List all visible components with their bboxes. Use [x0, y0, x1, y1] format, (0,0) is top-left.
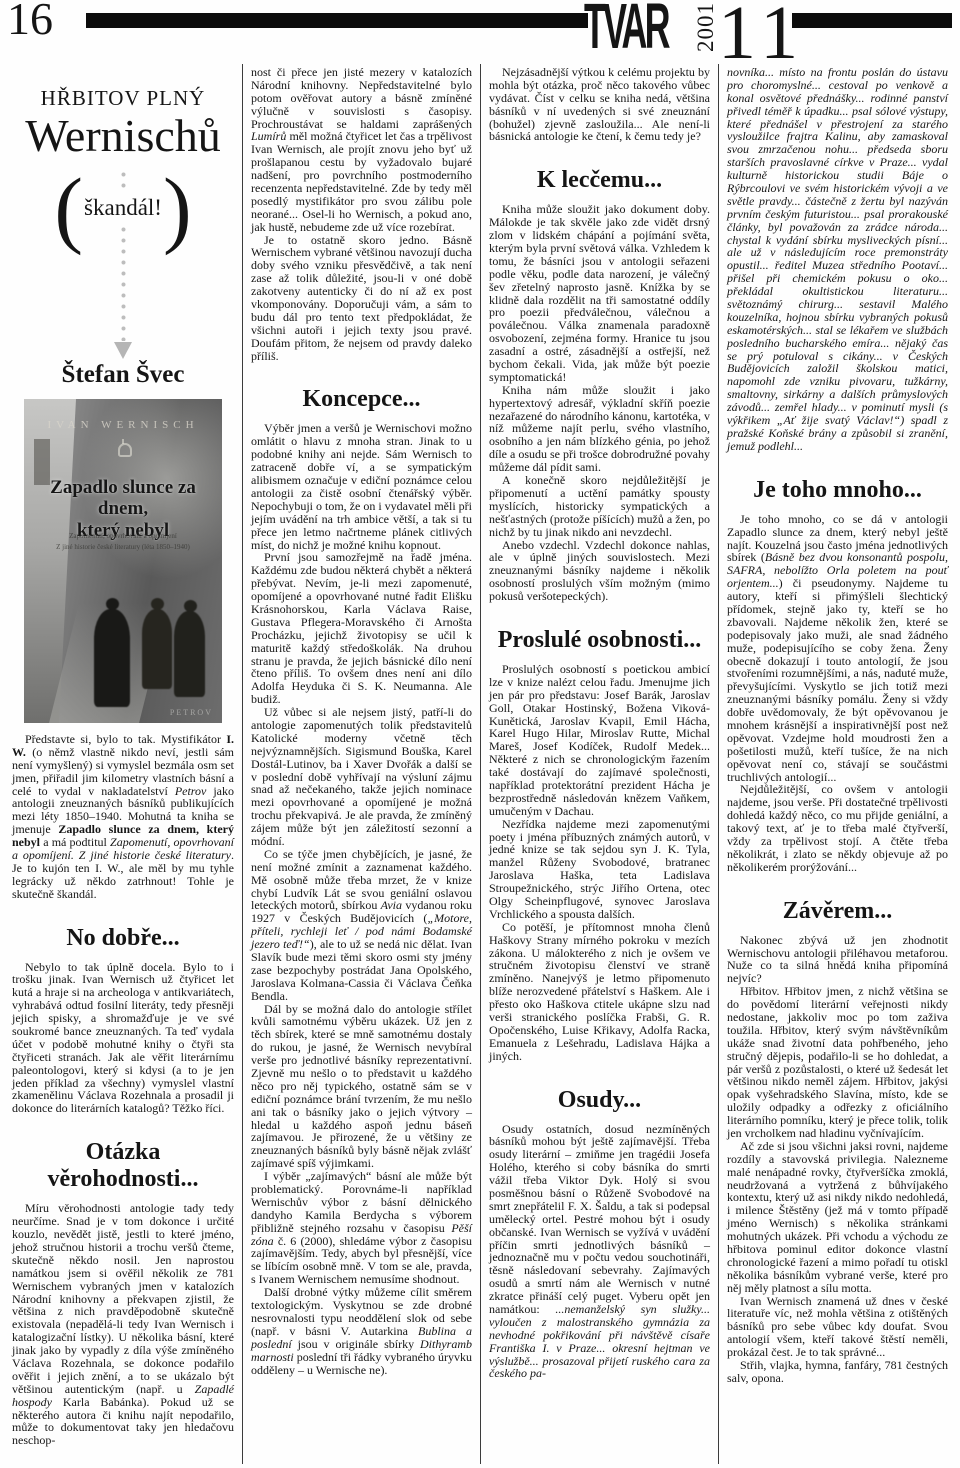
- masthead-rule-left: [86, 13, 588, 28]
- paragraph: Představte si, bylo to tak. Mystifikátor…: [12, 733, 234, 901]
- issue-number: 11: [718, 0, 805, 77]
- paragraph: Nebylo to tak úplně docela. Bylo to i tr…: [12, 961, 234, 1116]
- cover-figure-silhouette: [174, 611, 205, 697]
- paren-close: ): [163, 160, 192, 256]
- paragraph: nost či přece jen jisté mezery v kataloz…: [251, 66, 472, 234]
- section-heading: K lecčemu...: [489, 167, 710, 194]
- paragraph: Kniha nám může sloužit i jako hypertexto…: [489, 384, 710, 474]
- magazine-logo: TVAR: [584, 0, 668, 58]
- cover-figure-silhouette: [94, 609, 130, 707]
- scandal-word: škandál!: [83, 193, 163, 222]
- paragraph: Je toho mnoho, co se dá v antologii Zapa…: [727, 513, 948, 784]
- paragraph: Je to ostatně skoro jedno. Básně Wernisc…: [251, 234, 472, 363]
- column-3: Nejzásadnější výtkou k celému projektu b…: [480, 64, 718, 1464]
- article-title: Wernischů: [12, 113, 234, 159]
- lantern-icon: [118, 443, 132, 457]
- masthead: 16 TVAR 2001 11: [0, 0, 960, 64]
- cover-subtitle: Zapomenutí, opovrhovaní a opomíjení Z ji…: [24, 531, 222, 552]
- paragraph: novníka... místo na frontu poslán do úst…: [727, 66, 948, 453]
- paragraph: Hřbitov. Hřbitov jmen, z nichž většina s…: [727, 985, 948, 1140]
- paragraph: Nezřídka najdeme mezi zapomenutými poety…: [489, 818, 710, 921]
- scandal-graphic: (škandál!): [12, 167, 234, 359]
- arrow-down-icon: [114, 342, 132, 359]
- magazine-page: { "masthead": { "page_number": "16", "lo…: [0, 0, 960, 1468]
- cover-author: IVAN WERNISCH: [24, 419, 222, 431]
- paragraph: Proslulých osobností s poetickou ambicí …: [489, 663, 710, 818]
- paragraph: Ivan Wernisch znamená už dnes v české li…: [727, 1295, 948, 1359]
- column-1: HŘBITOV PLNÝ Wernischů (škandál!) Štefan…: [4, 64, 242, 1464]
- paragraph: Výběr jmen a veršů je Wernischovi možno …: [251, 422, 472, 551]
- cover-publisher: PETROV: [170, 708, 213, 717]
- column-2: nost či přece jen jisté mezery v kataloz…: [242, 64, 480, 1464]
- paragraph: Nejzásadnější výtkou k celému projektu b…: [489, 66, 710, 143]
- paragraph: Ač zde si jsou všichni jaksi rovni, najd…: [727, 1140, 948, 1295]
- section-heading: Závěrem...: [727, 898, 948, 925]
- paragraph: Kniha může sloužit jako dokument doby. M…: [489, 203, 710, 383]
- column-4: novníka... místo na frontu poslán do úst…: [718, 64, 956, 1464]
- paragraph: Další drobné výtky můžeme cílit směrem t…: [251, 1286, 472, 1376]
- paragraph: První jsou samozřejmě na řadě jména. Kaž…: [251, 551, 472, 706]
- paragraph: Střih, vlajka, hymna, fanfáry, 781 čestn…: [727, 1359, 948, 1385]
- cover-figure-silhouette: [142, 609, 172, 689]
- section-heading: Je toho mnoho...: [727, 477, 948, 504]
- paragraph: Už vůbec si ale nejsem jistý, patří-li d…: [251, 706, 472, 848]
- article-kicker: HŘBITOV PLNÝ: [12, 86, 234, 111]
- paragraph: Osudy ostatních, dosud nezmíněných básní…: [489, 1123, 710, 1381]
- page-number: 16: [7, 0, 53, 45]
- article-author: Štefan Švec: [12, 361, 234, 389]
- scandal-label: (škandál!): [12, 195, 234, 221]
- cover-subtitle-line2: Z jiné historie české literatury (léta 1…: [24, 542, 222, 553]
- cover-subtitle-line1: Zapomenutí, opovrhovaní a opomíjení: [24, 531, 222, 542]
- paragraph: Anebo vzdechl. Vzdechl dokonce nahlas, a…: [489, 539, 710, 603]
- section-heading: Koncepce...: [251, 386, 472, 413]
- cover-title-line1: Zapadlo slunce za dnem,: [24, 477, 222, 520]
- masthead-rule-right: [792, 13, 952, 28]
- book-cover: IVAN WERNISCH Zapadlo slunce za dnem, kt…: [24, 399, 222, 723]
- section-heading: No dobře...: [12, 925, 234, 952]
- column-1-text: Představte si, bylo to tak. Mystifikátor…: [12, 733, 234, 1447]
- paragraph: I výběr „zajímavých“ básní ale může být …: [251, 1170, 472, 1286]
- paragraph: A konečně skoro nejdůležitější je připom…: [489, 474, 710, 538]
- paragraph: Míru věrohodnosti antologie tady tedy ne…: [12, 1202, 234, 1447]
- article-body: HŘBITOV PLNÝ Wernischů (škandál!) Štefan…: [0, 64, 960, 1464]
- paragraph: Co se týče jmen chybějících, je jasné, ž…: [251, 848, 472, 1003]
- section-heading: Proslulé osobnosti...: [489, 627, 710, 654]
- section-heading: Otázka věrohodnosti...: [12, 1139, 234, 1193]
- paragraph: Nejdůležitější, co ovšem v antologii naj…: [727, 783, 948, 873]
- paragraph: Dál by se možná dalo do antologie stříle…: [251, 1003, 472, 1171]
- section-heading: Osudy...: [489, 1087, 710, 1114]
- paren-open: (: [54, 160, 83, 256]
- paragraph: Co potěší, je přítomnost mnoha členů Haš…: [489, 921, 710, 1063]
- paragraph: Nakonec zbývá už jen zhodnotit Wernischo…: [727, 934, 948, 986]
